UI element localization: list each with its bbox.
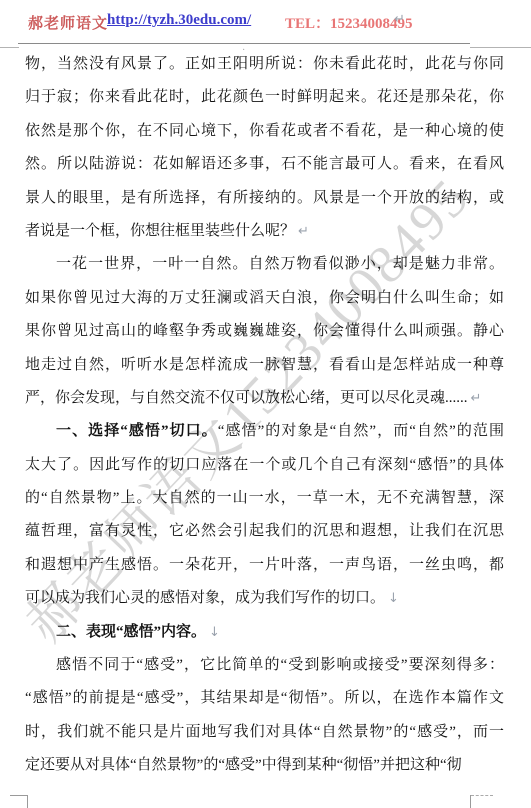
text-line: 景人的眼里，是有所选择，有所接纳的。风景是一个开放的结构，或 (25, 182, 504, 215)
body-text: 一花一世界，一叶一自然。自然万物看似渺小，却是魅力非常。 (56, 256, 504, 272)
body-text: 的“自然景物”上。大自然的一山一水，一草一木，无不充满智慧，深 (25, 490, 504, 506)
body-text: 和遐想中产生感悟。一朵花开，一片叶落，一声鸟语，一丝虫鸣，都 (25, 557, 504, 573)
heading-text: 一、选择“感悟”切口。 (56, 423, 218, 439)
body-text: 时，我们就不能只是片面地写我们对具体“自然景物”的“感受”，而一 (25, 724, 504, 740)
heading-text: 二、表现“感悟”内容。 (56, 624, 206, 640)
body-text: 景人的眼里，是有所选择，有所接纳的。风景是一个开放的结构，或 (25, 190, 504, 206)
body-text: “感悟”的前提是“感受”，其结果却是“彻悟”。所以，在选作本篇作文 (25, 690, 504, 706)
body-text: 严，你会发现，与自然交流不仅可以放松心绪，更可以尽化灵魂...... (25, 390, 468, 406)
body-text: 者说是一个框，你想往框里装些什么呢？ (25, 223, 295, 239)
header-rule-right-segment (470, 47, 531, 48)
text-line: 如果你曾见过大海的万丈狂澜或滔天白浪，你会明白什么叫生命；如 (25, 282, 504, 315)
line-break-mark: ↓ (209, 625, 220, 640)
text-line: 严，你会发现，与自然交流不仅可以放松心绪，更可以尽化灵魂......↵ (25, 382, 504, 415)
body-text: 果你曾见过高山的峰壑争秀或巍巍雄姿，你会懂得什么叫顽强。静心 (25, 323, 504, 339)
margin-mark-bottom-left-vertical (27, 795, 28, 808)
paragraph-mark: ↵ (471, 391, 482, 406)
margin-mark-bottom-right-vertical (470, 795, 471, 808)
line-break-mark: ↓ (388, 591, 399, 606)
text-line: 感悟不同于“感受”，它比简单的“受到影响或接受”要深刻得多： (25, 649, 504, 682)
text-line: 一花一世界，一叶一自然。自然万物看似渺小，却是魅力非常。 (25, 248, 504, 281)
body-text: 物，当然没有风景了。正如王阳明所说：你未看此花时，此花与你同 (25, 56, 504, 72)
text-line: 然。所以陆游说：花如解语还多事，石不能言最可人。看来，在看风 (25, 148, 504, 181)
header-center-mark: · (242, 46, 245, 56)
text-line: 果你曾见过高山的峰壑争秀或巍巍雄姿，你会懂得什么叫顽强。静心 (25, 315, 504, 348)
document-page: { "header": { "site_name": "郝老师语文", "url… (0, 0, 531, 808)
document-body: 物，当然没有风景了。正如王阳明所说：你未看此花时，此花与你同归于寂；你来看此花时… (25, 48, 504, 783)
text-line: 者说是一个框，你想往框里装些什么呢？↵ (25, 215, 504, 248)
text-line: 地走过自然，听听水是怎样流成一脉智慧，看看山是怎样站成一种尊 (25, 349, 504, 382)
paragraph-mark: ↵ (394, 12, 405, 27)
text-line: 依然是那个你，在不同心境下，你看花或者不看花，是一种心境的使 (25, 115, 504, 148)
body-text: 感悟不同于“感受”，它比简单的“受到影响或接受”要深刻得多： (56, 657, 504, 673)
site-url-link[interactable]: http://tyzh.30edu.com/ (107, 12, 251, 29)
text-line: 太大了。因此写作的切口应落在一个或几个自己有深刻“感悟”的具体 (25, 449, 504, 482)
header-rule-left-segment (0, 47, 19, 48)
text-line: 可以成为我们心灵的感悟对象，成为我们写作的切口。↓ (25, 582, 504, 615)
text-line: 二、表现“感悟”内容。↓ (25, 616, 504, 649)
text-line: 的“自然景物”上。大自然的一山一水，一草一木，无不充满智慧，深 (25, 482, 504, 515)
body-text: 定还要从对具体“自然景物”的“感受”中得到某种“彻悟”并把这种“彻 (25, 757, 462, 773)
body-text: “感悟”的对象是“自然”，而“自然”的范围 (218, 423, 504, 439)
text-line: 蕴哲理，富有灵性，它必然会引起我们的沉思和遐想，让我们在沉思 (25, 515, 504, 548)
paragraph-mark: ↵ (298, 224, 309, 239)
body-text: 蕴哲理，富有灵性，它必然会引起我们的沉思和遐想，让我们在沉思 (25, 523, 504, 539)
margin-mark-bottom-right-horizontal (471, 795, 493, 796)
text-line: 归于寂；你来看此花时，此花颜色一时鲜明起来。花还是那朵花，你 (25, 81, 504, 114)
text-line: “感悟”的前提是“感受”，其结果却是“彻悟”。所以，在选作本篇作文 (25, 682, 504, 715)
text-line: 一、选择“感悟”切口。“感悟”的对象是“自然”，而“自然”的范围 (25, 415, 504, 448)
body-text: 依然是那个你，在不同心境下，你看花或者不看花，是一种心境的使 (25, 123, 504, 139)
margin-mark-bottom-left-horizontal (10, 795, 28, 796)
body-text: 然。所以陆游说：花如解语还多事，石不能言最可人。看来，在看风 (25, 156, 504, 172)
body-text: 地走过自然，听听水是怎样流成一脉智慧，看看山是怎样站成一种尊 (25, 357, 504, 373)
text-line: 时，我们就不能只是片面地写我们对具体“自然景物”的“感受”，而一 (25, 716, 504, 749)
body-text: 如果你曾见过大海的万丈狂澜或滔天白浪，你会明白什么叫生命；如 (25, 290, 504, 306)
text-line: 和遐想中产生感悟。一朵花开，一片叶落，一声鸟语，一丝虫鸣，都 (25, 549, 504, 582)
text-line: 定还要从对具体“自然景物”的“感受”中得到某种“彻悟”并把这种“彻 (25, 749, 504, 782)
body-text: 可以成为我们心灵的感悟对象，成为我们写作的切口。 (25, 590, 385, 606)
header-rule (18, 43, 470, 44)
site-name: 郝老师语文 (28, 12, 108, 33)
text-line: 物，当然没有风景了。正如王阳明所说：你未看此花时，此花与你同 (25, 48, 504, 81)
body-text: 太大了。因此写作的切口应落在一个或几个自己有深刻“感悟”的具体 (25, 457, 504, 473)
body-text: 归于寂；你来看此花时，此花颜色一时鲜明起来。花还是那朵花，你 (25, 89, 504, 105)
